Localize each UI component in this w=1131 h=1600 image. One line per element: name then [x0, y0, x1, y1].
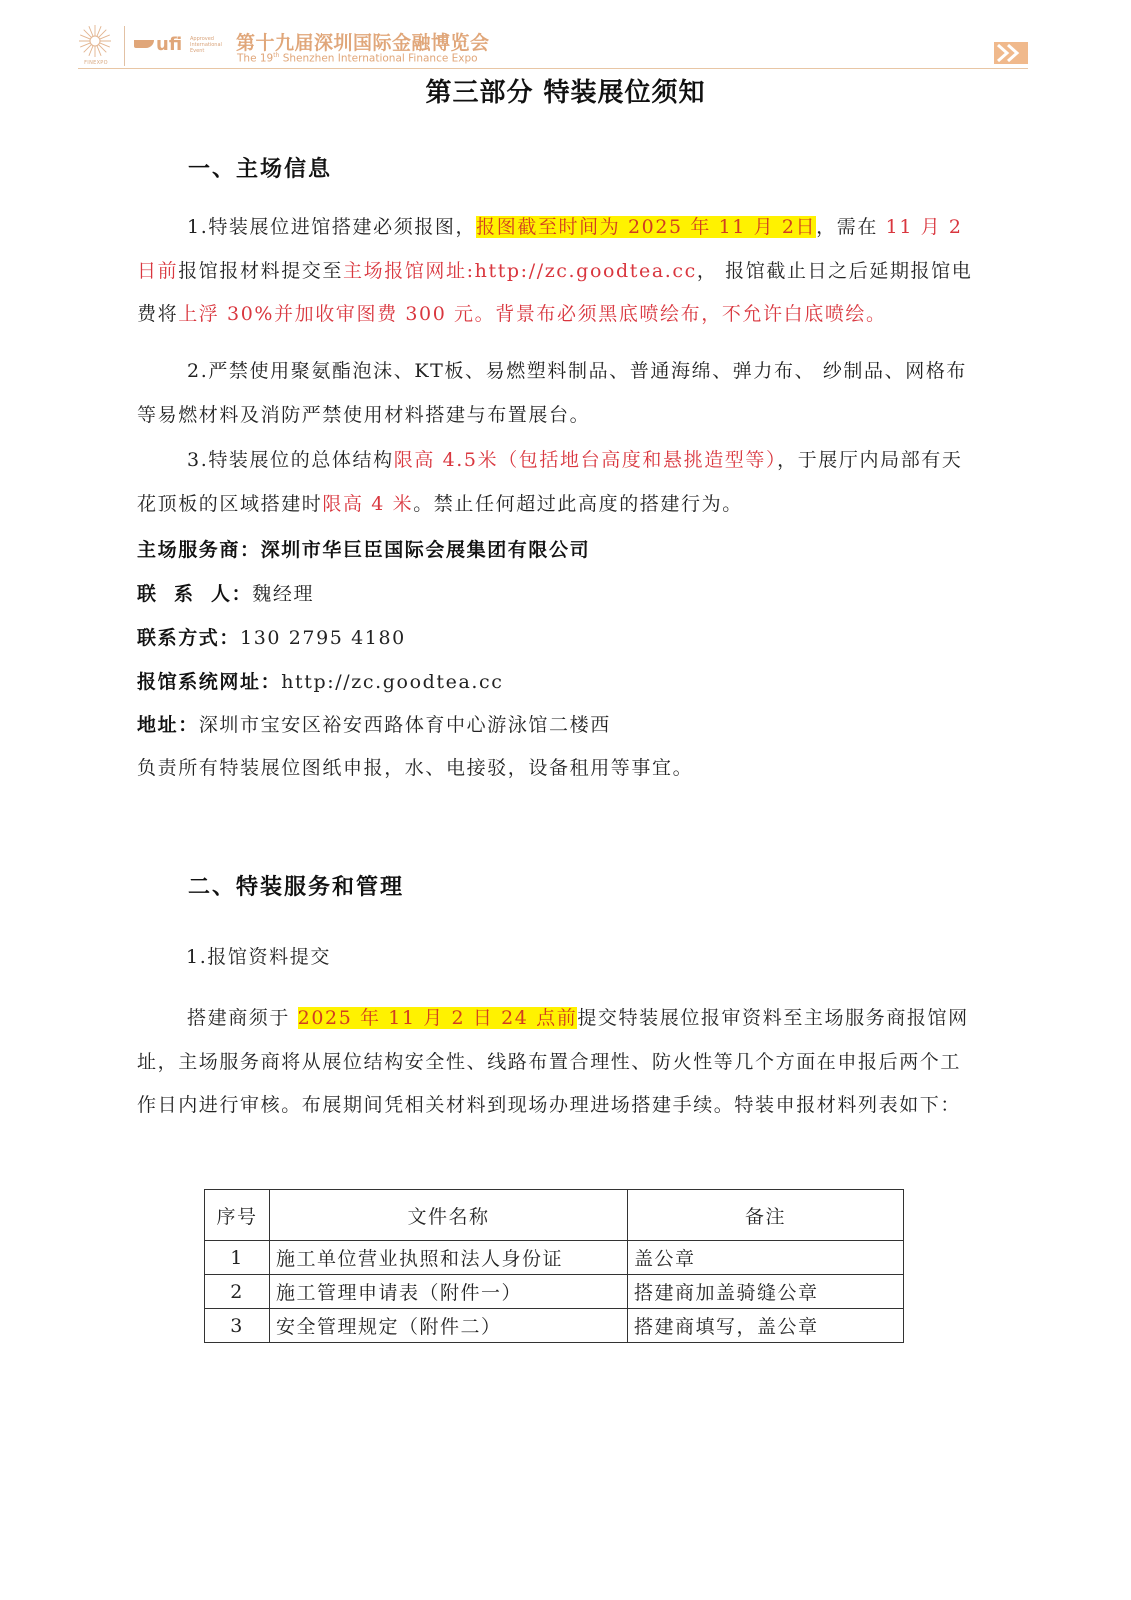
column-header: 序号	[205, 1190, 270, 1241]
materials-table: 序号 文件名称 备注 1 施工单位营业执照和法人身份证 盖公章 2 施工管理申请…	[204, 1189, 904, 1343]
table-cell: 施工单位营业执照和法人身份证	[270, 1241, 628, 1275]
table-row: 3 安全管理规定（附件二） 搭建商填写，盖公章	[205, 1309, 904, 1343]
registration-link-text: 主场报馆网址:http://zc.goodtea.cc	[343, 260, 697, 282]
address-line: 地址：深圳市宝安区裕安西路体育中心游泳馆二楼西	[137, 710, 611, 737]
contact-phone-label: 联系方式：	[137, 627, 240, 649]
submission-paragraph: 搭建商须于 2025 年 11 月 2 日 24 点前提交特装展位报审资料至主场…	[137, 997, 977, 1128]
ufi-approved-label: Approved International Event	[190, 36, 230, 54]
table-row: 2 施工管理申请表（附件一） 搭建商加盖骑缝公章	[205, 1275, 904, 1309]
duty-line: 负责所有特装展位图纸申报，水、电接驳，设备租用等事宜。	[137, 753, 693, 780]
table-cell: 搭建商加盖骑缝公章	[628, 1275, 904, 1309]
registration-site-link[interactable]: http://zc.goodtea.cc	[281, 671, 503, 693]
rule-item-3: 3.特装展位的总体结构限高 4.5米（包括地台高度和悬挑造型等），于展厅内局部有…	[137, 439, 977, 526]
table-cell: 安全管理规定（附件二）	[270, 1309, 628, 1343]
red-text: 上浮 30%并加收审图费 300 元。背景布必须黑底喷绘布，不允许白底喷绘。	[178, 303, 886, 325]
column-header: 文件名称	[270, 1190, 628, 1241]
ufi-swoosh-icon	[134, 40, 154, 48]
rule-item-2: 2.严禁使用聚氨酯泡沫、KT板、易燃塑料制品、普通海绵、弹力布、 纱制品、网格布…	[137, 350, 977, 437]
service-provider-line: 主场服务商：深圳市华巨臣国际会展集团有限公司	[137, 535, 590, 562]
contact-person-line: 联 系 人：魏经理	[137, 579, 314, 606]
rule-item-1: 1.特装展位进馆搭建必须报图，报图截至时间为 2025 年 11 月 2日，需在…	[137, 206, 977, 337]
text: 1.特装展位进馆搭建必须报图，	[187, 216, 476, 238]
double-chevron-right-icon	[994, 42, 1028, 64]
contact-person-label: 联 系 人：	[137, 583, 252, 605]
table-cell: 3	[205, 1309, 270, 1343]
text: 搭建商须于	[187, 1007, 298, 1029]
ufi-logo: ufi	[134, 32, 182, 56]
highlight-deadline: 2025 年 11 月 2 日 24 点前	[298, 1007, 578, 1029]
contact-phone-line: 联系方式：130 2795 4180	[137, 623, 406, 650]
subheading-submission: 1.报馆资料提交	[186, 942, 331, 969]
table-cell: 2	[205, 1275, 270, 1309]
column-header: 备注	[628, 1190, 904, 1241]
service-provider-value: 深圳市华巨臣国际会展集团有限公司	[261, 539, 591, 561]
table-cell: 搭建商填写，盖公章	[628, 1309, 904, 1343]
registration-site-label: 报馆系统网址：	[137, 671, 281, 693]
table-header-row: 序号 文件名称 备注	[205, 1190, 904, 1241]
service-provider-label: 主场服务商：	[137, 539, 261, 561]
page-title: 第三部分 特装展位须知	[0, 72, 1131, 109]
finexpo-sun-logo-icon	[78, 24, 112, 58]
highlight-deadline: 报图截至时间为 2025 年 11 月 2日	[476, 216, 816, 238]
text: ，需在	[816, 216, 885, 238]
text: 3.特装展位的总体结构	[187, 449, 394, 471]
red-text: 限高 4.5米（包括地台高度和悬挑造型等）	[394, 449, 777, 471]
table-cell: 盖公章	[628, 1241, 904, 1275]
text: 报馆报材料提交至	[178, 260, 343, 282]
finexpo-logo-text: FINEXPO	[78, 60, 114, 66]
table-cell: 施工管理申请表（附件一）	[270, 1275, 628, 1309]
page-header: FINEXPO ufi Approved International Event…	[78, 22, 1028, 70]
expo-name-en: The 19th Shenzhen International Finance …	[237, 52, 478, 65]
expo-name-en-prefix: The 19	[237, 53, 273, 65]
section-heading-service-management: 二、特装服务和管理	[188, 870, 404, 901]
address-value: 深圳市宝安区裕安西路体育中心游泳馆二楼西	[199, 714, 611, 736]
expo-name-en-suffix: Shenzhen International Finance Expo	[279, 53, 477, 65]
text: 。禁止任何超过此高度的搭建行为。	[413, 493, 743, 515]
table-row: 1 施工单位营业执照和法人身份证 盖公章	[205, 1241, 904, 1275]
red-text: 限高 4 米	[322, 493, 413, 515]
section-heading-main-info: 一、主场信息	[188, 152, 332, 183]
ufi-approved-line: Event	[190, 48, 230, 54]
registration-site-line: 报馆系统网址：http://zc.goodtea.cc	[137, 667, 504, 694]
expo-name-cn: 第十九届深圳国际金融博览会	[236, 28, 490, 55]
contact-phone-value: 130 2795 4180	[240, 627, 406, 649]
contact-person-value: 魏经理	[252, 583, 314, 605]
ufi-logo-text: ufi	[156, 34, 182, 55]
table-cell: 1	[205, 1241, 270, 1275]
address-label: 地址：	[137, 714, 199, 736]
logo-divider	[124, 26, 125, 66]
header-divider	[78, 68, 1028, 69]
